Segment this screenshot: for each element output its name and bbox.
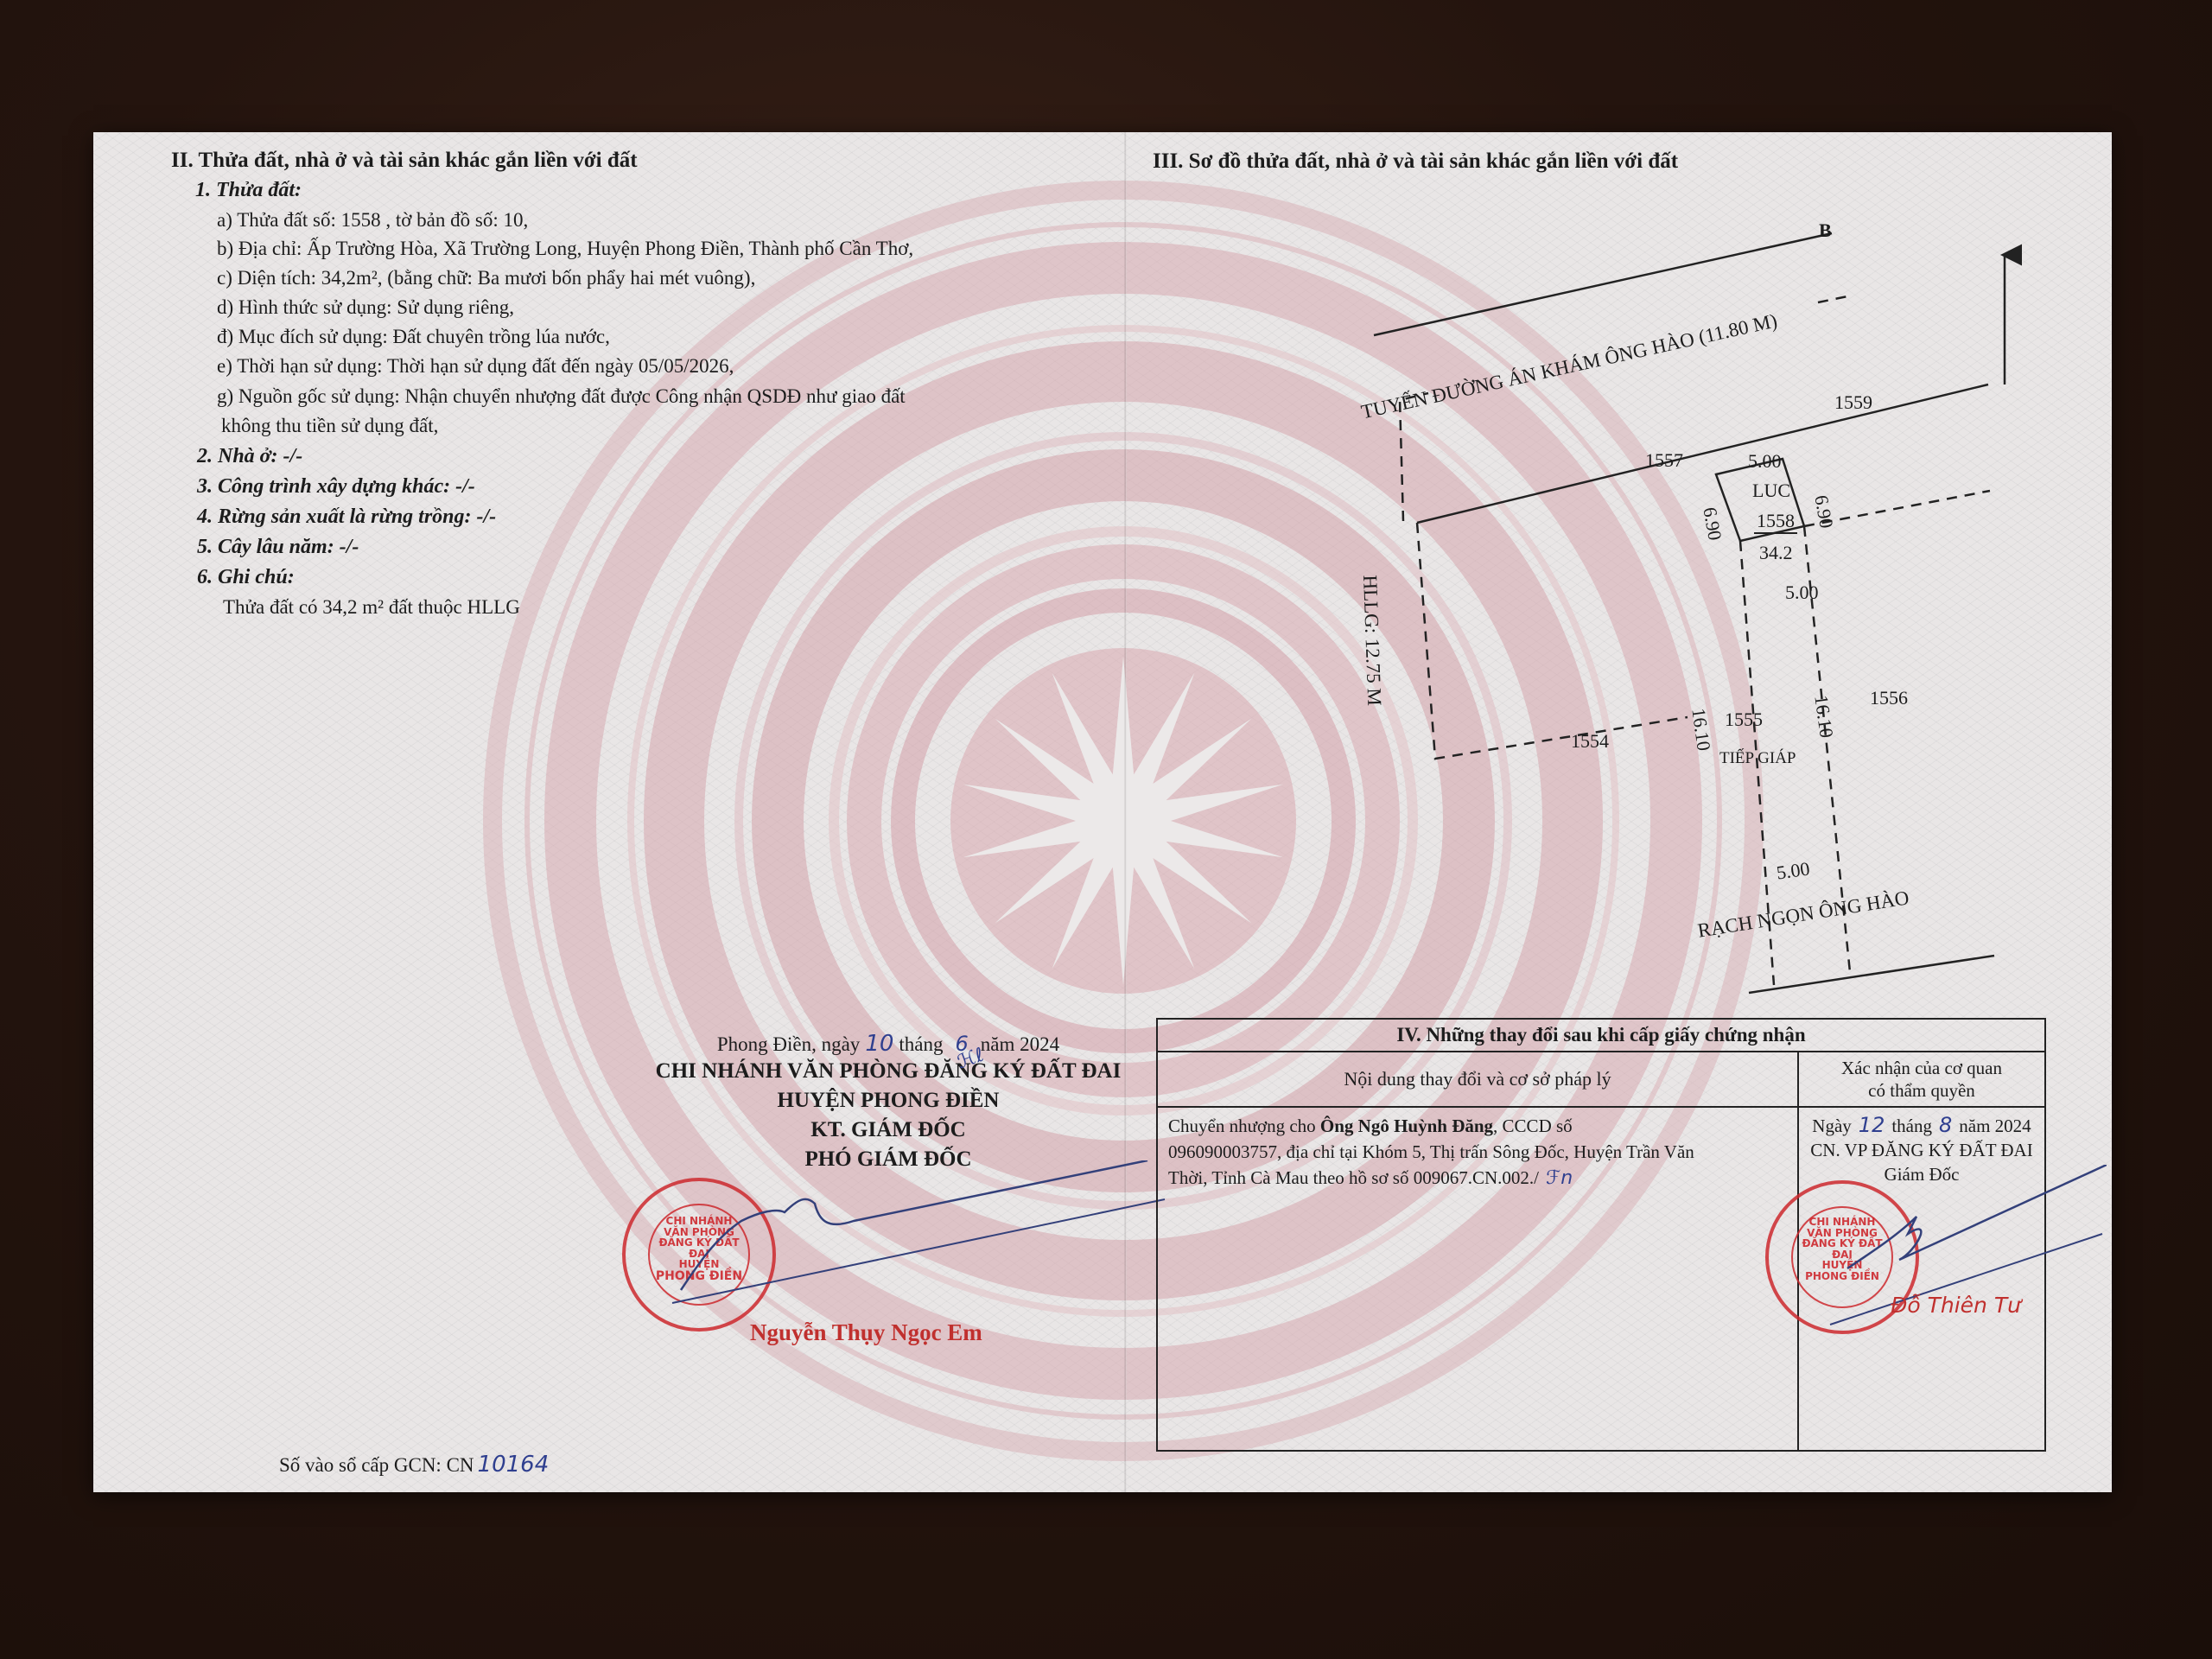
col-header-content: Nội dung thay đổi và cơ sở pháp lý [1157, 1052, 1798, 1107]
parcel-1554: 1554 [1571, 730, 1609, 753]
confirmation-date: Ngày12tháng8năm 2024 [1806, 1113, 2037, 1138]
parcel-1556: 1556 [1870, 687, 1908, 709]
usage-term-line: e) Thời hạn sử dụng: Thời hạn sử dụng đấ… [217, 356, 734, 376]
forest-item: 4. Rừng sản xuất là rừng trồng: -/- [197, 506, 496, 527]
parcel-area: 34.2 [1759, 542, 1793, 564]
issuance-signature-block: Phong Điền, ngày10tháng6năm 2024 CHI NHÁ… [560, 1031, 1217, 1174]
parcel-1557: 1557 [1645, 449, 1683, 472]
usage-origin-line: g) Nguồn gốc sử dụng: Nhận chuyển nhượng… [217, 386, 906, 406]
perennial-item: 5. Cây lâu năm: -/- [197, 537, 359, 557]
parcel-diagram [1217, 184, 2081, 1091]
hllg-label: HLLG: 12.75 M [1358, 575, 1385, 706]
signature-left [646, 1160, 1182, 1333]
confirmer-name: Đỗ Thiên Tư [1891, 1293, 2021, 1318]
adjacent-bottom-length: 5.00 [1775, 857, 1811, 884]
change-entry-line-3: Thời, Tỉnh Cà Mau theo hồ sơ số 009067.C… [1168, 1165, 1787, 1192]
certificate-paper: II. Thửa đất, nhà ở và tài sản khác gắn … [93, 132, 2112, 1492]
confirmation-office: CN. VP ĐĂNG KÝ ĐẤT ĐAI [1806, 1138, 2037, 1162]
parcel-1559: 1559 [1834, 391, 1872, 414]
house-item: 2. Nhà ở: -/- [197, 446, 302, 467]
issuing-office: CHI NHÁNH VĂN PHÒNG ĐĂNG KÝ ĐẤT ĐAI [560, 1057, 1217, 1086]
issue-month-label: tháng [899, 1033, 943, 1055]
parcel-bottom-length: 5.00 [1785, 582, 1819, 604]
adjacent-strip-label: TIẾP GIÁP [1719, 749, 1796, 768]
section-2-title: II. Thửa đất, nhà ở và tài sản khác gắn … [171, 149, 638, 171]
parcel-subheading: 1. Thửa đất: [195, 180, 302, 200]
address-line: b) Địa chỉ: Ấp Trường Hòa, Xã Trường Lon… [217, 238, 913, 258]
parcel-use-code: LUC [1752, 480, 1790, 502]
area-line: c) Diện tích: 34,2m², (bằng chữ: Ba mươi… [217, 268, 755, 288]
issuer-role-1: KT. GIÁM ĐỐC [560, 1116, 1217, 1145]
change-entry-content: Chuyển nhượng cho Ông Ngô Huỳnh Đăng, CC… [1157, 1107, 1798, 1451]
issue-date: Phong Điền, ngày10tháng6năm 2024 [560, 1031, 1217, 1057]
other-construction-item: 3. Công trình xây dựng khác: -/- [197, 476, 475, 497]
north-label: B [1819, 219, 1832, 242]
issue-place: Phong Điền, ngày [717, 1033, 860, 1055]
section-3-title: III. Sơ đồ thửa đất, nhà ở và tài sản kh… [1153, 149, 1678, 174]
register-number: Số vào sổ cấp GCN: CN10164 [279, 1452, 549, 1478]
section-4-title: IV. Những thay đổi sau khi cấp giấy chứn… [1157, 1019, 2045, 1052]
usage-origin-cont: không thu tiền sử dụng đất, [221, 416, 438, 435]
usage-purpose-line: đ) Mục đích sử dụng: Đất chuyên trồng lú… [217, 327, 610, 346]
change-entry-line-2: 096090003757, địa chỉ tại Khóm 5, Thị tr… [1168, 1139, 1787, 1165]
transferee-name: Ông Ngô Huỳnh Đăng [1320, 1116, 1493, 1136]
register-number-value: 10164 [478, 1452, 550, 1478]
issue-year: năm 2024 [981, 1033, 1059, 1055]
col-header-confirmation: Xác nhận của cơ quan có thẩm quyền [1798, 1052, 2045, 1107]
issuing-district: HUYỆN PHONG ĐIỀN [560, 1086, 1217, 1116]
notes-text: Thửa đất có 34,2 m² đất thuộc HLLG [223, 597, 520, 617]
initials-mark-2: ℱn [1546, 1167, 1573, 1189]
parcel-1555: 1555 [1725, 709, 1763, 731]
parcel-top-length: 5.00 [1748, 450, 1782, 473]
parcel-number-line: a) Thửa đất số: 1558 , tờ bản đồ số: 10, [217, 210, 528, 230]
notes-heading: 6. Ghi chú: [197, 567, 295, 588]
usage-form-line: d) Hình thức sử dụng: Sử dụng riêng, [217, 297, 514, 317]
issue-day: 10 [865, 1031, 893, 1057]
parcel-number: 1558 [1754, 510, 1797, 534]
issuer-name: Nguyễn Thụy Ngọc Em [750, 1319, 982, 1346]
